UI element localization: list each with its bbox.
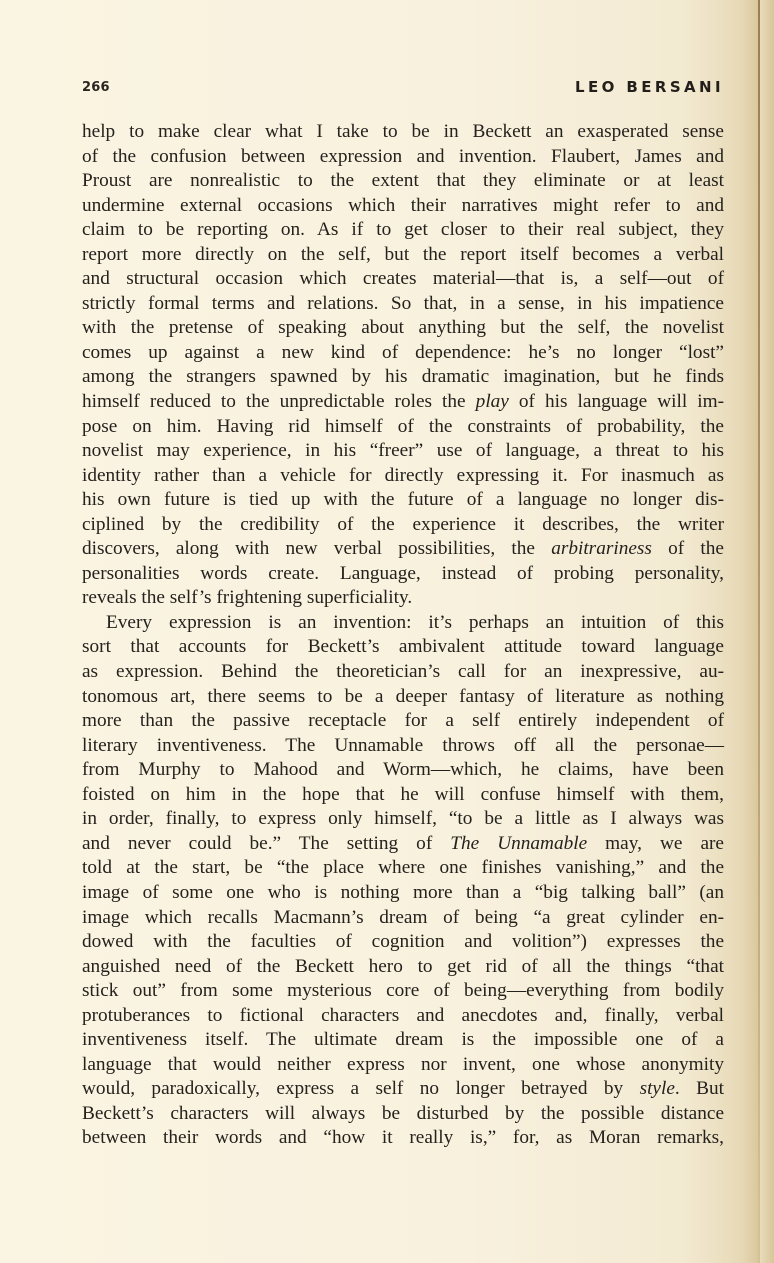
text-line: of the confusion between expression and …	[82, 145, 724, 170]
text-line: literary inventiveness. The Unnamable th…	[82, 734, 724, 759]
text-line: and never could be.” The setting of The …	[82, 832, 724, 857]
text-line: inventiveness itself. The ultimate dream…	[82, 1028, 724, 1053]
text-run: himself reduced to the unpredictable rol…	[82, 391, 476, 412]
text-line: between their words and “how it really i…	[82, 1126, 724, 1151]
running-head: 266 LEO BERSANI	[82, 76, 724, 100]
italic-emphasis: style	[640, 1078, 675, 1099]
text-line: novelist may experience, in his “freer” …	[82, 439, 724, 464]
text-run: of his language will im-	[509, 391, 724, 412]
text-line: protuberances to fictional characters an…	[82, 1004, 724, 1029]
text-line: more than the passive receptacle for a s…	[82, 709, 724, 734]
text-line: discovers, along with new verbal possibi…	[82, 537, 724, 562]
text-run: . But	[675, 1078, 724, 1099]
text-line: comes up against a new kind of dependenc…	[82, 341, 724, 366]
text-line: undermine external occasions which their…	[82, 194, 724, 219]
text-line: with the pretense of speaking about anyt…	[82, 316, 724, 341]
text-line: anguished need of the Beckett hero to ge…	[82, 955, 724, 980]
text-line: sort that accounts for Beckett’s ambival…	[82, 635, 724, 660]
text-line: dowed with the faculties of cognition an…	[82, 930, 724, 955]
text-line: Beckett’s characters will always be dist…	[82, 1102, 724, 1127]
text-line: claim to be reporting on. As if to get c…	[82, 218, 724, 243]
text-line: tonomous art, there seems to be a deeper…	[82, 685, 724, 710]
text-line: image which recalls Macmann’s dream of b…	[82, 906, 724, 931]
body-text: help to make clear what I take to be in …	[82, 120, 724, 1151]
book-page: 266 LEO BERSANI help to make clear what …	[0, 0, 774, 1263]
text-line: himself reduced to the unpredictable rol…	[82, 390, 724, 415]
text-run: and never could be.” The setting of	[82, 833, 450, 854]
running-title: LEO BERSANI	[575, 78, 724, 96]
italic-emphasis: The Unnamable	[450, 833, 587, 854]
text-line: strictly formal terms and relations. So …	[82, 292, 724, 317]
text-run: would, paradoxically, express a self no …	[82, 1078, 640, 1099]
text-line: Proust are nonrealistic to the extent th…	[82, 169, 724, 194]
text-line: reveals the self’s frightening superfici…	[82, 586, 724, 611]
text-line: as expression. Behind the theoretician’s…	[82, 660, 724, 685]
italic-emphasis: arbitrariness	[551, 538, 652, 559]
italic-emphasis: play	[476, 391, 509, 412]
text-run: may, we are	[587, 833, 724, 854]
page-number: 266	[82, 80, 110, 95]
text-line: from Murphy to Mahood and Worm—which, he…	[82, 758, 724, 783]
binding-shadow	[760, 0, 774, 1263]
text-line: report more directly on the self, but th…	[82, 243, 724, 268]
text-line: stick out” from some mysterious core of …	[82, 979, 724, 1004]
text-line: his own future is tied up with the futur…	[82, 488, 724, 513]
text-line: ciplined by the credibility of the exper…	[82, 513, 724, 538]
text-line: language that would neither express nor …	[82, 1053, 724, 1078]
text-run: of the	[652, 538, 724, 559]
text-run: discovers, along with new verbal possibi…	[82, 538, 551, 559]
text-line: told at the start, be “the place where o…	[82, 856, 724, 881]
text-line: personalities words create. Language, in…	[82, 562, 724, 587]
text-line: identity rather than a vehicle for direc…	[82, 464, 724, 489]
text-line: image of some one who is nothing more th…	[82, 881, 724, 906]
text-line: would, paradoxically, express a self no …	[82, 1077, 724, 1102]
text-line: foisted on him in the hope that he will …	[82, 783, 724, 808]
text-line: help to make clear what I take to be in …	[82, 120, 724, 145]
text-line: in order, finally, to express only himse…	[82, 807, 724, 832]
text-line: pose on him. Having rid himself of the c…	[82, 415, 724, 440]
text-line: and structural occasion which creates ma…	[82, 267, 724, 292]
text-line: Every expression is an invention: it’s p…	[82, 611, 724, 636]
text-line: among the strangers spawned by his drama…	[82, 365, 724, 390]
